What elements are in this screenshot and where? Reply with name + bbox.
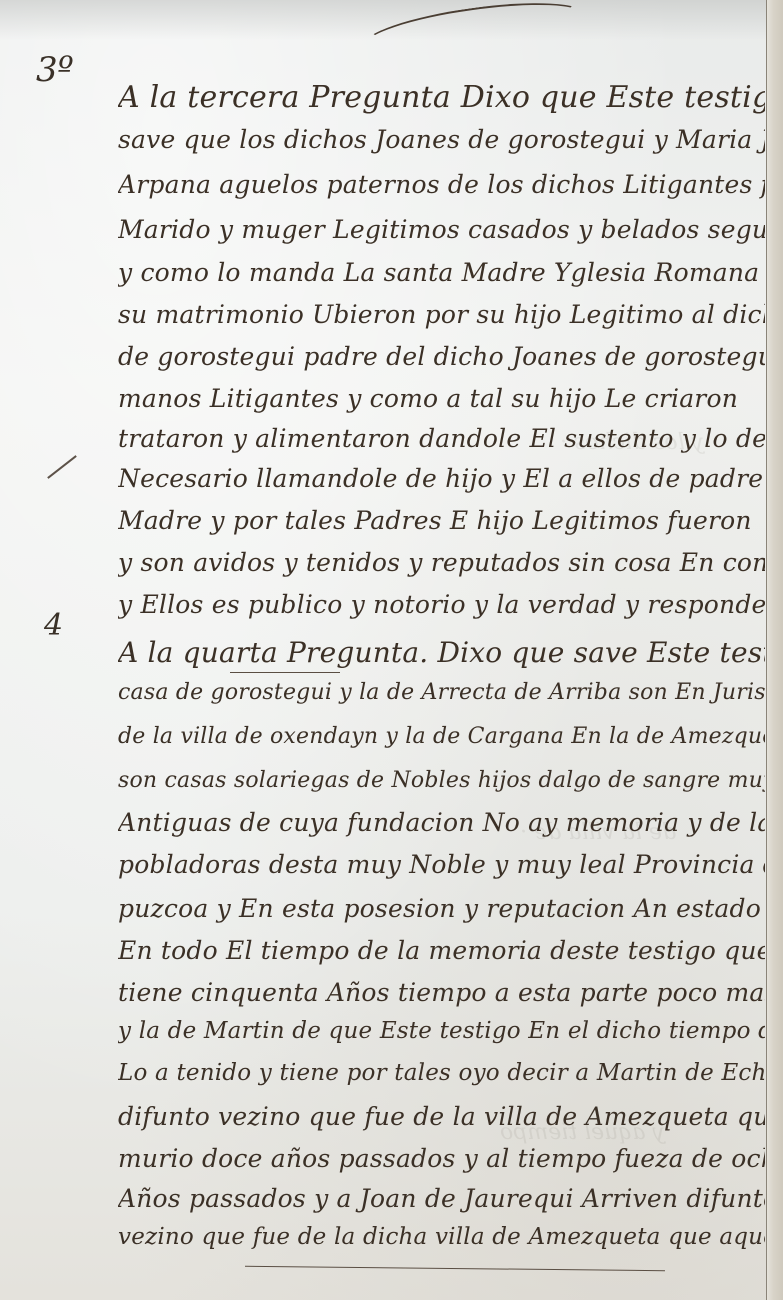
text-line: Lo a tenido y tiene por tales oyo decir … bbox=[118, 1060, 765, 1086]
text-line: de gorostegui padre del dicho Joanes de … bbox=[118, 342, 765, 371]
text-line: Arpana aguelos paternos de los dichos Li… bbox=[118, 170, 765, 199]
text-line: casa de gorostegui y la de Arrecta de Ar… bbox=[118, 680, 765, 705]
margin-number-3: 3º bbox=[36, 50, 74, 90]
text-line: son casas solariegas de Nobles hijos dal… bbox=[118, 768, 765, 793]
text-line: tiene cinquenta Años tiempo a esta parte… bbox=[118, 978, 765, 1007]
text-line: A la tercera Pregunta Dixo que Este test… bbox=[118, 80, 765, 115]
text-line: y como lo manda La santa Madre Yglesia R… bbox=[118, 258, 765, 287]
text-line: y Ellos es publico y notorio y la verdad… bbox=[118, 590, 765, 619]
margin-mark bbox=[47, 455, 77, 479]
text-line: En todo El tiempo de la memoria deste te… bbox=[118, 936, 765, 965]
text-line: difunto vezino que fue de la villa de Am… bbox=[118, 1102, 765, 1131]
text-line: A la quarta Pregunta. Dixo que save Este… bbox=[118, 636, 765, 669]
text-line: Años passados y a Joan de Jaurequi Arriv… bbox=[118, 1184, 765, 1213]
manuscript-page: · y los dichos · de la villa de · y aque… bbox=[0, 0, 783, 1300]
text-line: save que los dichos Joanes de gorostegui… bbox=[118, 125, 765, 154]
text-line: murio doce años passados y al tiempo fue… bbox=[118, 1144, 765, 1173]
text-line: Marido y muger Legitimos casados y belad… bbox=[118, 215, 765, 244]
page-binding-edge bbox=[766, 0, 783, 1300]
text-line: Madre y por tales Padres E hijo Legitimo… bbox=[118, 506, 765, 535]
text-line: y son avidos y tenidos y reputados sin c… bbox=[118, 548, 765, 577]
text-line: pobladoras desta muy Noble y muy leal Pr… bbox=[118, 850, 765, 879]
text-line: trataron y alimentaron dandole El susten… bbox=[118, 424, 765, 453]
text-line: vezino que fue de la dicha villa de Amez… bbox=[118, 1224, 765, 1250]
margin-number-4: 4 bbox=[44, 608, 63, 643]
closing-rule bbox=[245, 1266, 665, 1271]
text-line: y la de Martin de que Este testigo En el… bbox=[118, 1018, 765, 1044]
text-line: Necesario llamandole de hijo y El a ello… bbox=[118, 464, 765, 493]
text-line: Antiguas de cuya fundacion No ay memoria… bbox=[118, 808, 765, 837]
heading-underline bbox=[230, 672, 340, 673]
text-line: puzcoa y En esta posesion y reputacion A… bbox=[118, 894, 765, 923]
text-line: su matrimonio Ubieron por su hijo Legiti… bbox=[118, 300, 765, 329]
text-line: de la villa de oxendayn y la de Cargana … bbox=[118, 724, 765, 749]
text-line: manos Litigantes y como a tal su hijo Le… bbox=[118, 384, 765, 413]
